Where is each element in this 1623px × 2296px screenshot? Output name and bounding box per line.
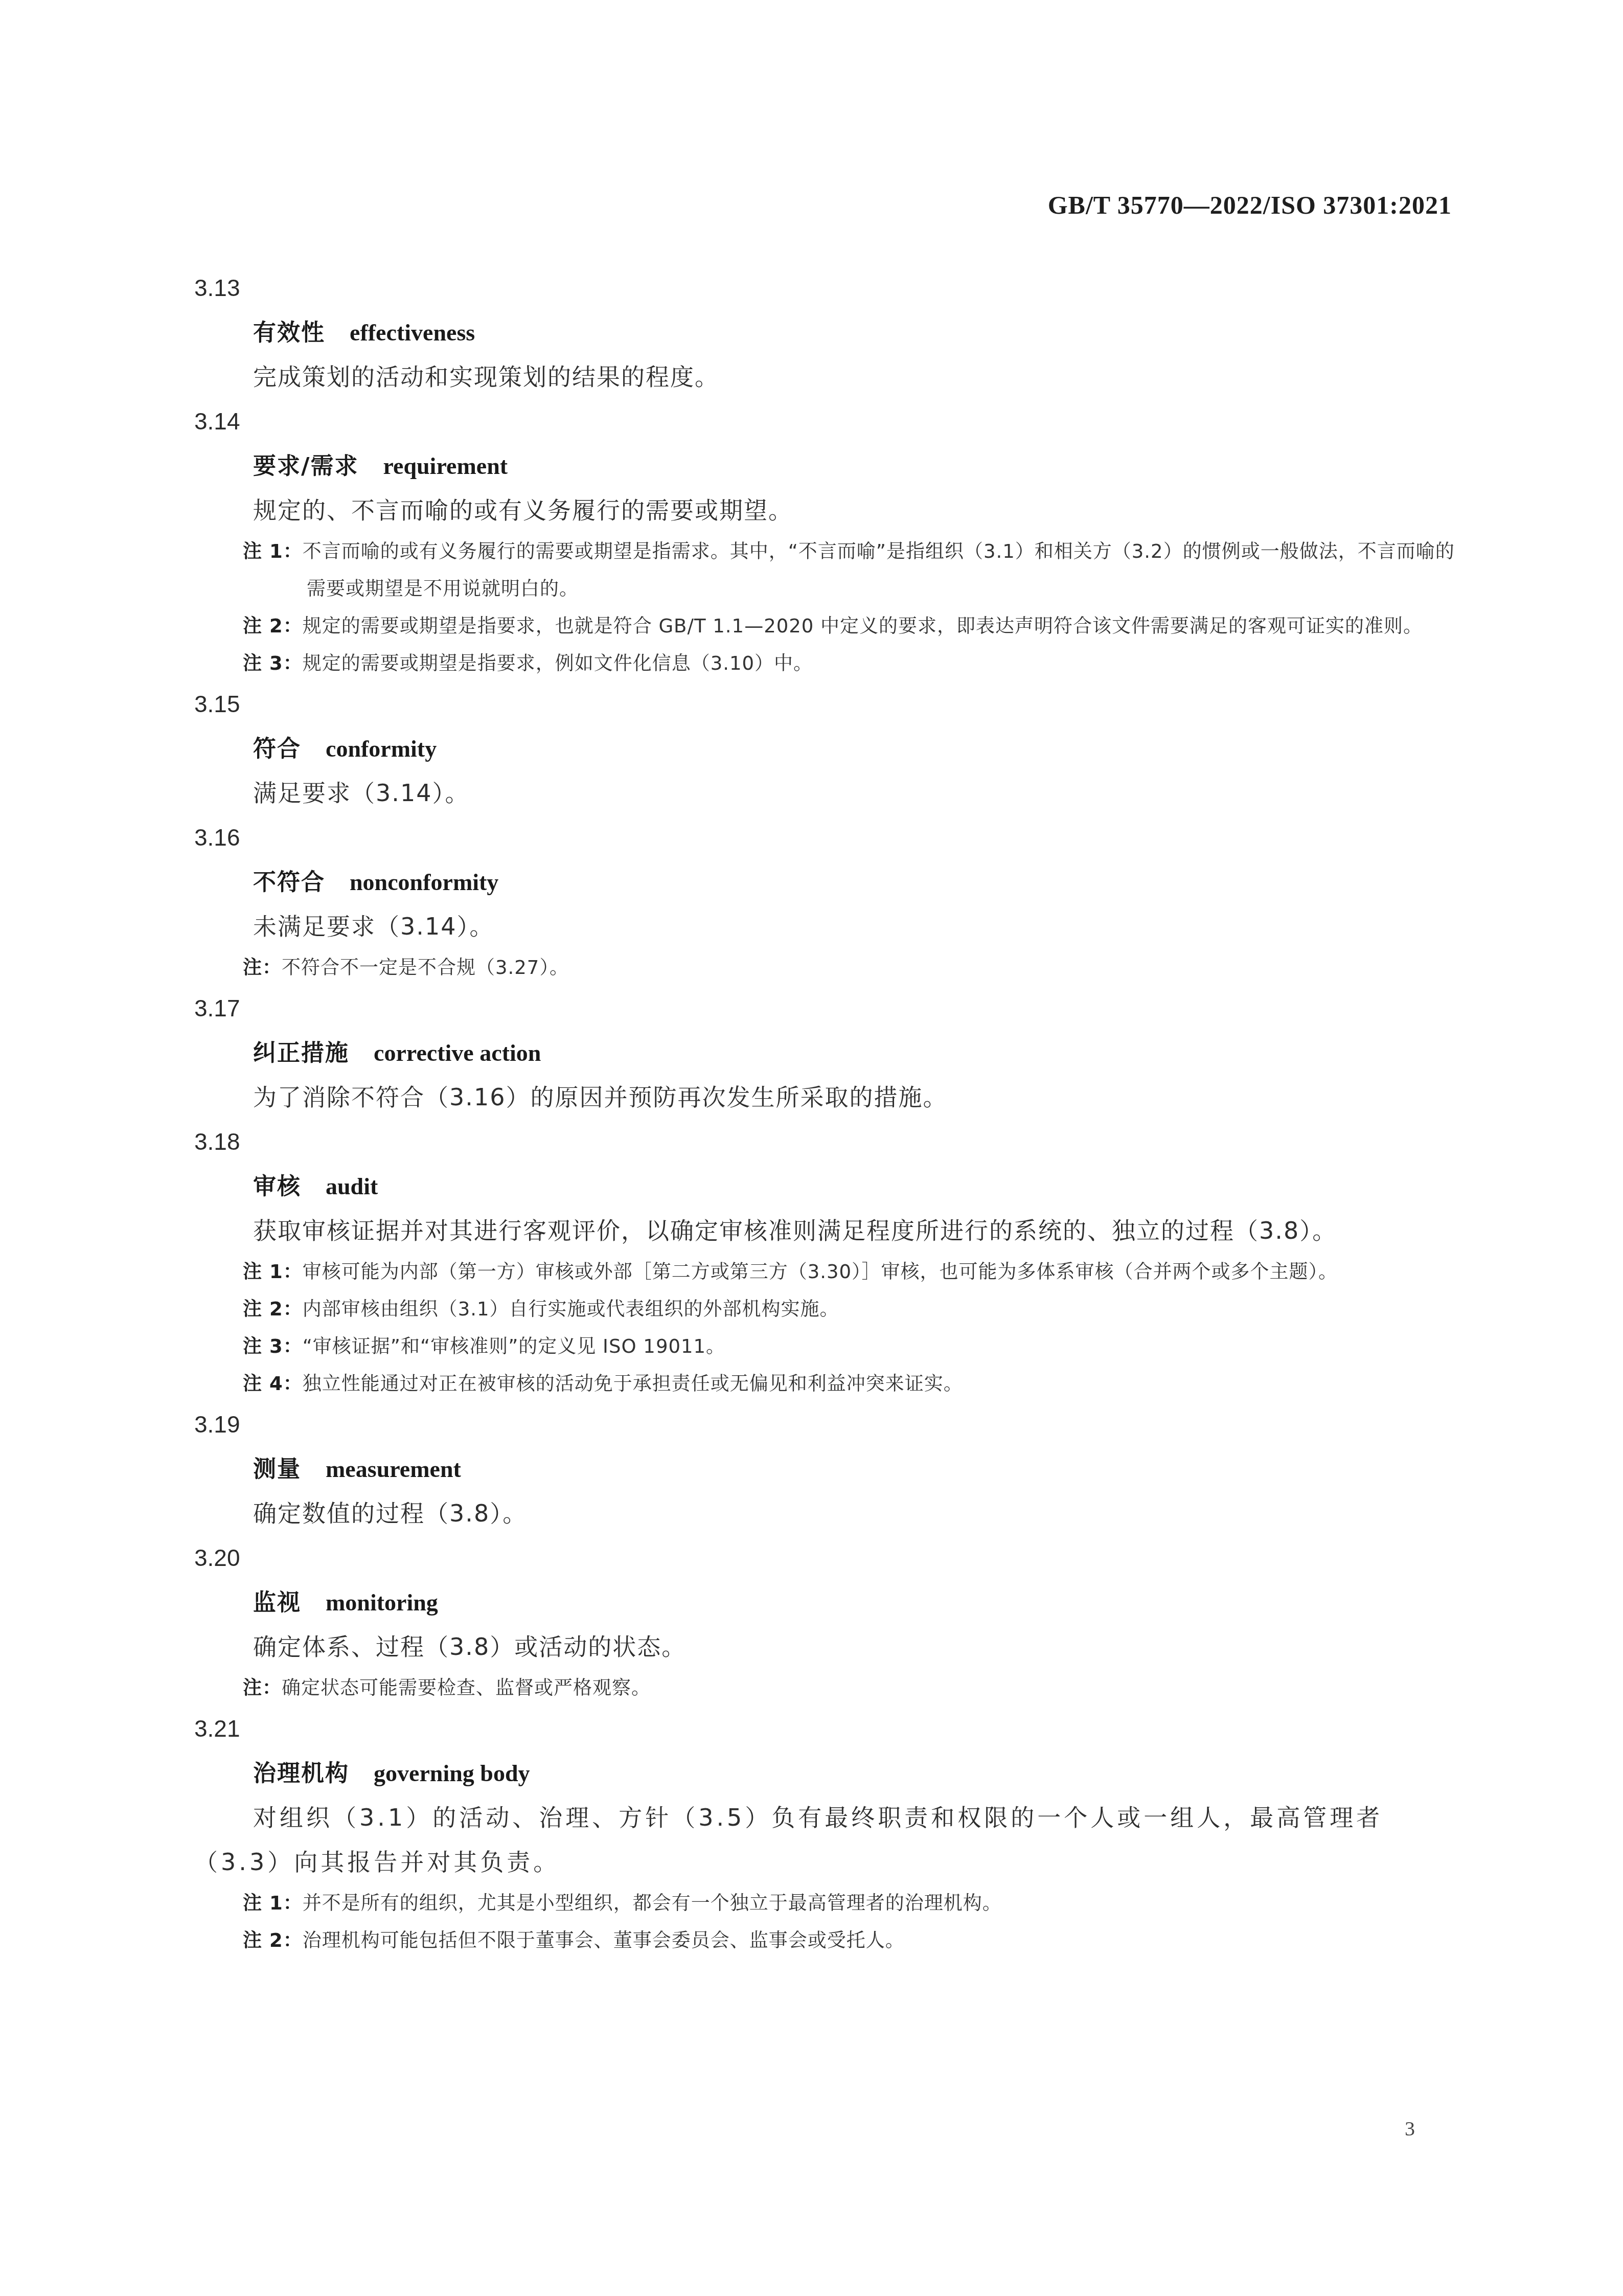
note-label: 注 4： — [243, 1373, 303, 1395]
term-heading: 纠正措施corrective action — [253, 1031, 1457, 1075]
note-label: 注 2： — [243, 1298, 303, 1320]
clause-number: 3.14 — [194, 399, 1457, 444]
term-zh: 治理机构 — [253, 1760, 349, 1787]
clause-3-16: 3.16 不符合nonconformity 未满足要求（3.14）。 注：不符合… — [194, 815, 1457, 986]
term-heading: 审核audit — [253, 1164, 1457, 1209]
term-zh: 符合 — [253, 735, 301, 762]
clause-number: 3.21 — [194, 1707, 1457, 1751]
term-heading: 不符合nonconformity — [253, 860, 1457, 904]
clause-number: 3.15 — [194, 682, 1457, 726]
term-en: effectiveness — [350, 320, 475, 346]
note: 注 2：规定的需要或期望是指要求，也就是符合 GB/T 1.1—2020 中定义… — [243, 607, 1457, 645]
clause-3-21: 3.21 治理机构governing body 对组织（3.1）的活动、治理、方… — [194, 1707, 1457, 1959]
note: 注 3：“审核证据”和“审核准则”的定义见 ISO 19011。 — [243, 1328, 1457, 1365]
note-text: 规定的需要或期望是指要求，也就是符合 GB/T 1.1—2020 中定义的要求，… — [303, 615, 1423, 637]
clause-number: 3.19 — [194, 1402, 1457, 1447]
clause-3-20: 3.20 监视monitoring 确定体系、过程（3.8）或活动的状态。 注：… — [194, 1536, 1457, 1707]
term-en: measurement — [326, 1456, 461, 1482]
term-en: governing body — [374, 1760, 530, 1786]
term-zh: 有效性 — [253, 319, 325, 346]
term-zh: 测量 — [253, 1456, 301, 1483]
note-label: 注 1： — [243, 1261, 303, 1283]
term-heading: 有效性effectiveness — [253, 310, 1457, 355]
clause-3-19: 3.19 测量measurement 确定数值的过程（3.8）。 — [194, 1402, 1457, 1536]
note: 注 2：治理机构可能包括但不限于董事会、董事会委员会、监事会或受托人。 — [243, 1922, 1457, 1959]
note-text: “审核证据”和“审核准则”的定义见 ISO 19011。 — [303, 1335, 725, 1357]
term-en: conformity — [326, 736, 437, 762]
note-label: 注： — [243, 1677, 282, 1699]
clause-3-13: 3.13 有效性effectiveness 完成策划的活动和实现策划的结果的程度… — [194, 266, 1457, 399]
term-en: requirement — [383, 453, 508, 479]
clause-3-14: 3.14 要求/需求requirement 规定的、不言而喻的或有义务履行的需要… — [194, 399, 1457, 682]
definition: 对组织（3.1）的活动、治理、方针（3.5）负有最终职责和权限的一个人或一组人，… — [194, 1795, 1457, 1884]
note: 注 2：内部审核由组织（3.1）自行实施或代表组织的外部机构实施。 — [243, 1290, 1457, 1328]
page-number: 3 — [1405, 2117, 1415, 2141]
note-text: 确定状态可能需要检查、监督或严格观察。 — [282, 1677, 651, 1699]
definition: 为了消除不符合（3.16）的原因并预防再次发生所采取的措施。 — [253, 1075, 1457, 1120]
note: 注：确定状态可能需要检查、监督或严格观察。 — [243, 1669, 1457, 1707]
term-en: monitoring — [326, 1589, 438, 1616]
clause-3-15: 3.15 符合conformity 满足要求（3.14）。 — [194, 682, 1457, 815]
term-heading: 符合conformity — [253, 726, 1457, 771]
note-label: 注： — [243, 957, 282, 979]
note-label: 注 3： — [243, 1335, 303, 1357]
note: 注 1：并不是所有的组织，尤其是小型组织，都会有一个独立于最高管理者的治理机构。 — [243, 1884, 1457, 1922]
note-text: 不言而喻的或有义务履行的需要或期望是指需求。其中，“不言而喻”是指组织（3.1）… — [303, 540, 1455, 600]
definition: 未满足要求（3.14）。 — [253, 904, 1457, 949]
term-zh: 纠正措施 — [253, 1039, 349, 1066]
clause-3-17: 3.17 纠正措施corrective action 为了消除不符合（3.16）… — [194, 986, 1457, 1120]
note-label: 注 1： — [243, 540, 303, 562]
note-text: 独立性能通过对正在被审核的活动免于承担责任或无偏见和利益冲突来证实。 — [303, 1373, 963, 1395]
term-heading: 治理机构governing body — [253, 1751, 1457, 1795]
note-label: 注 2： — [243, 615, 303, 637]
definition: 确定体系、过程（3.8）或活动的状态。 — [253, 1625, 1457, 1669]
note-text: 规定的需要或期望是指要求，例如文件化信息（3.10）中。 — [303, 652, 813, 674]
clause-number: 3.20 — [194, 1536, 1457, 1580]
definition: 规定的、不言而喻的或有义务履行的需要或期望。 — [253, 488, 1457, 533]
definition: 确定数值的过程（3.8）。 — [253, 1491, 1457, 1536]
term-en: audit — [326, 1173, 378, 1199]
terms-list: 3.13 有效性effectiveness 完成策划的活动和实现策划的结果的程度… — [194, 266, 1457, 1959]
definition: 完成策划的活动和实现策划的结果的程度。 — [253, 355, 1457, 399]
term-heading: 监视monitoring — [253, 1580, 1457, 1625]
note: 注 1：审核可能为内部（第一方）审核或外部［第二方或第三方（3.30）］审核，也… — [243, 1253, 1457, 1290]
note-text: 不符合不一定是不合规（3.27）。 — [282, 957, 569, 979]
note: 注：不符合不一定是不合规（3.27）。 — [243, 949, 1457, 986]
note-text: 并不是所有的组织，尤其是小型组织，都会有一个独立于最高管理者的治理机构。 — [303, 1892, 1002, 1914]
term-heading: 测量measurement — [253, 1447, 1457, 1491]
clause-3-18: 3.18 审核audit 获取审核证据并对其进行客观评价，以确定审核准则满足程度… — [194, 1120, 1457, 1402]
note-label: 注 3： — [243, 652, 303, 674]
clause-number: 3.13 — [194, 266, 1457, 310]
note: 注 4：独立性能通过对正在被审核的活动免于承担责任或无偏见和利益冲突来证实。 — [243, 1365, 1457, 1402]
clause-number: 3.18 — [194, 1120, 1457, 1164]
standard-header: GB/T 35770—2022/ISO 37301:2021 — [1048, 190, 1452, 220]
term-zh: 不符合 — [253, 869, 325, 896]
note-label: 注 2： — [243, 1929, 303, 1951]
term-en: corrective action — [374, 1040, 541, 1066]
definition: 获取审核证据并对其进行客观评价，以确定审核准则满足程度所进行的系统的、独立的过程… — [253, 1209, 1457, 1253]
term-en: nonconformity — [350, 869, 498, 895]
term-zh: 要求/需求 — [253, 452, 358, 480]
term-zh: 审核 — [253, 1173, 301, 1200]
note: 注 1：不言而喻的或有义务履行的需要或期望是指需求。其中，“不言而喻”是指组织（… — [243, 533, 1457, 607]
note-text: 内部审核由组织（3.1）自行实施或代表组织的外部机构实施。 — [303, 1298, 839, 1320]
definition: 满足要求（3.14）。 — [253, 771, 1457, 815]
note-text: 审核可能为内部（第一方）审核或外部［第二方或第三方（3.30）］审核，也可能为多… — [303, 1261, 1338, 1283]
clause-number: 3.16 — [194, 815, 1457, 860]
note-text: 治理机构可能包括但不限于董事会、董事会委员会、监事会或受托人。 — [303, 1929, 905, 1951]
term-zh: 监视 — [253, 1589, 301, 1616]
note-label: 注 1： — [243, 1892, 303, 1914]
clause-number: 3.17 — [194, 986, 1457, 1031]
term-heading: 要求/需求requirement — [253, 444, 1457, 488]
note: 注 3：规定的需要或期望是指要求，例如文件化信息（3.10）中。 — [243, 645, 1457, 682]
